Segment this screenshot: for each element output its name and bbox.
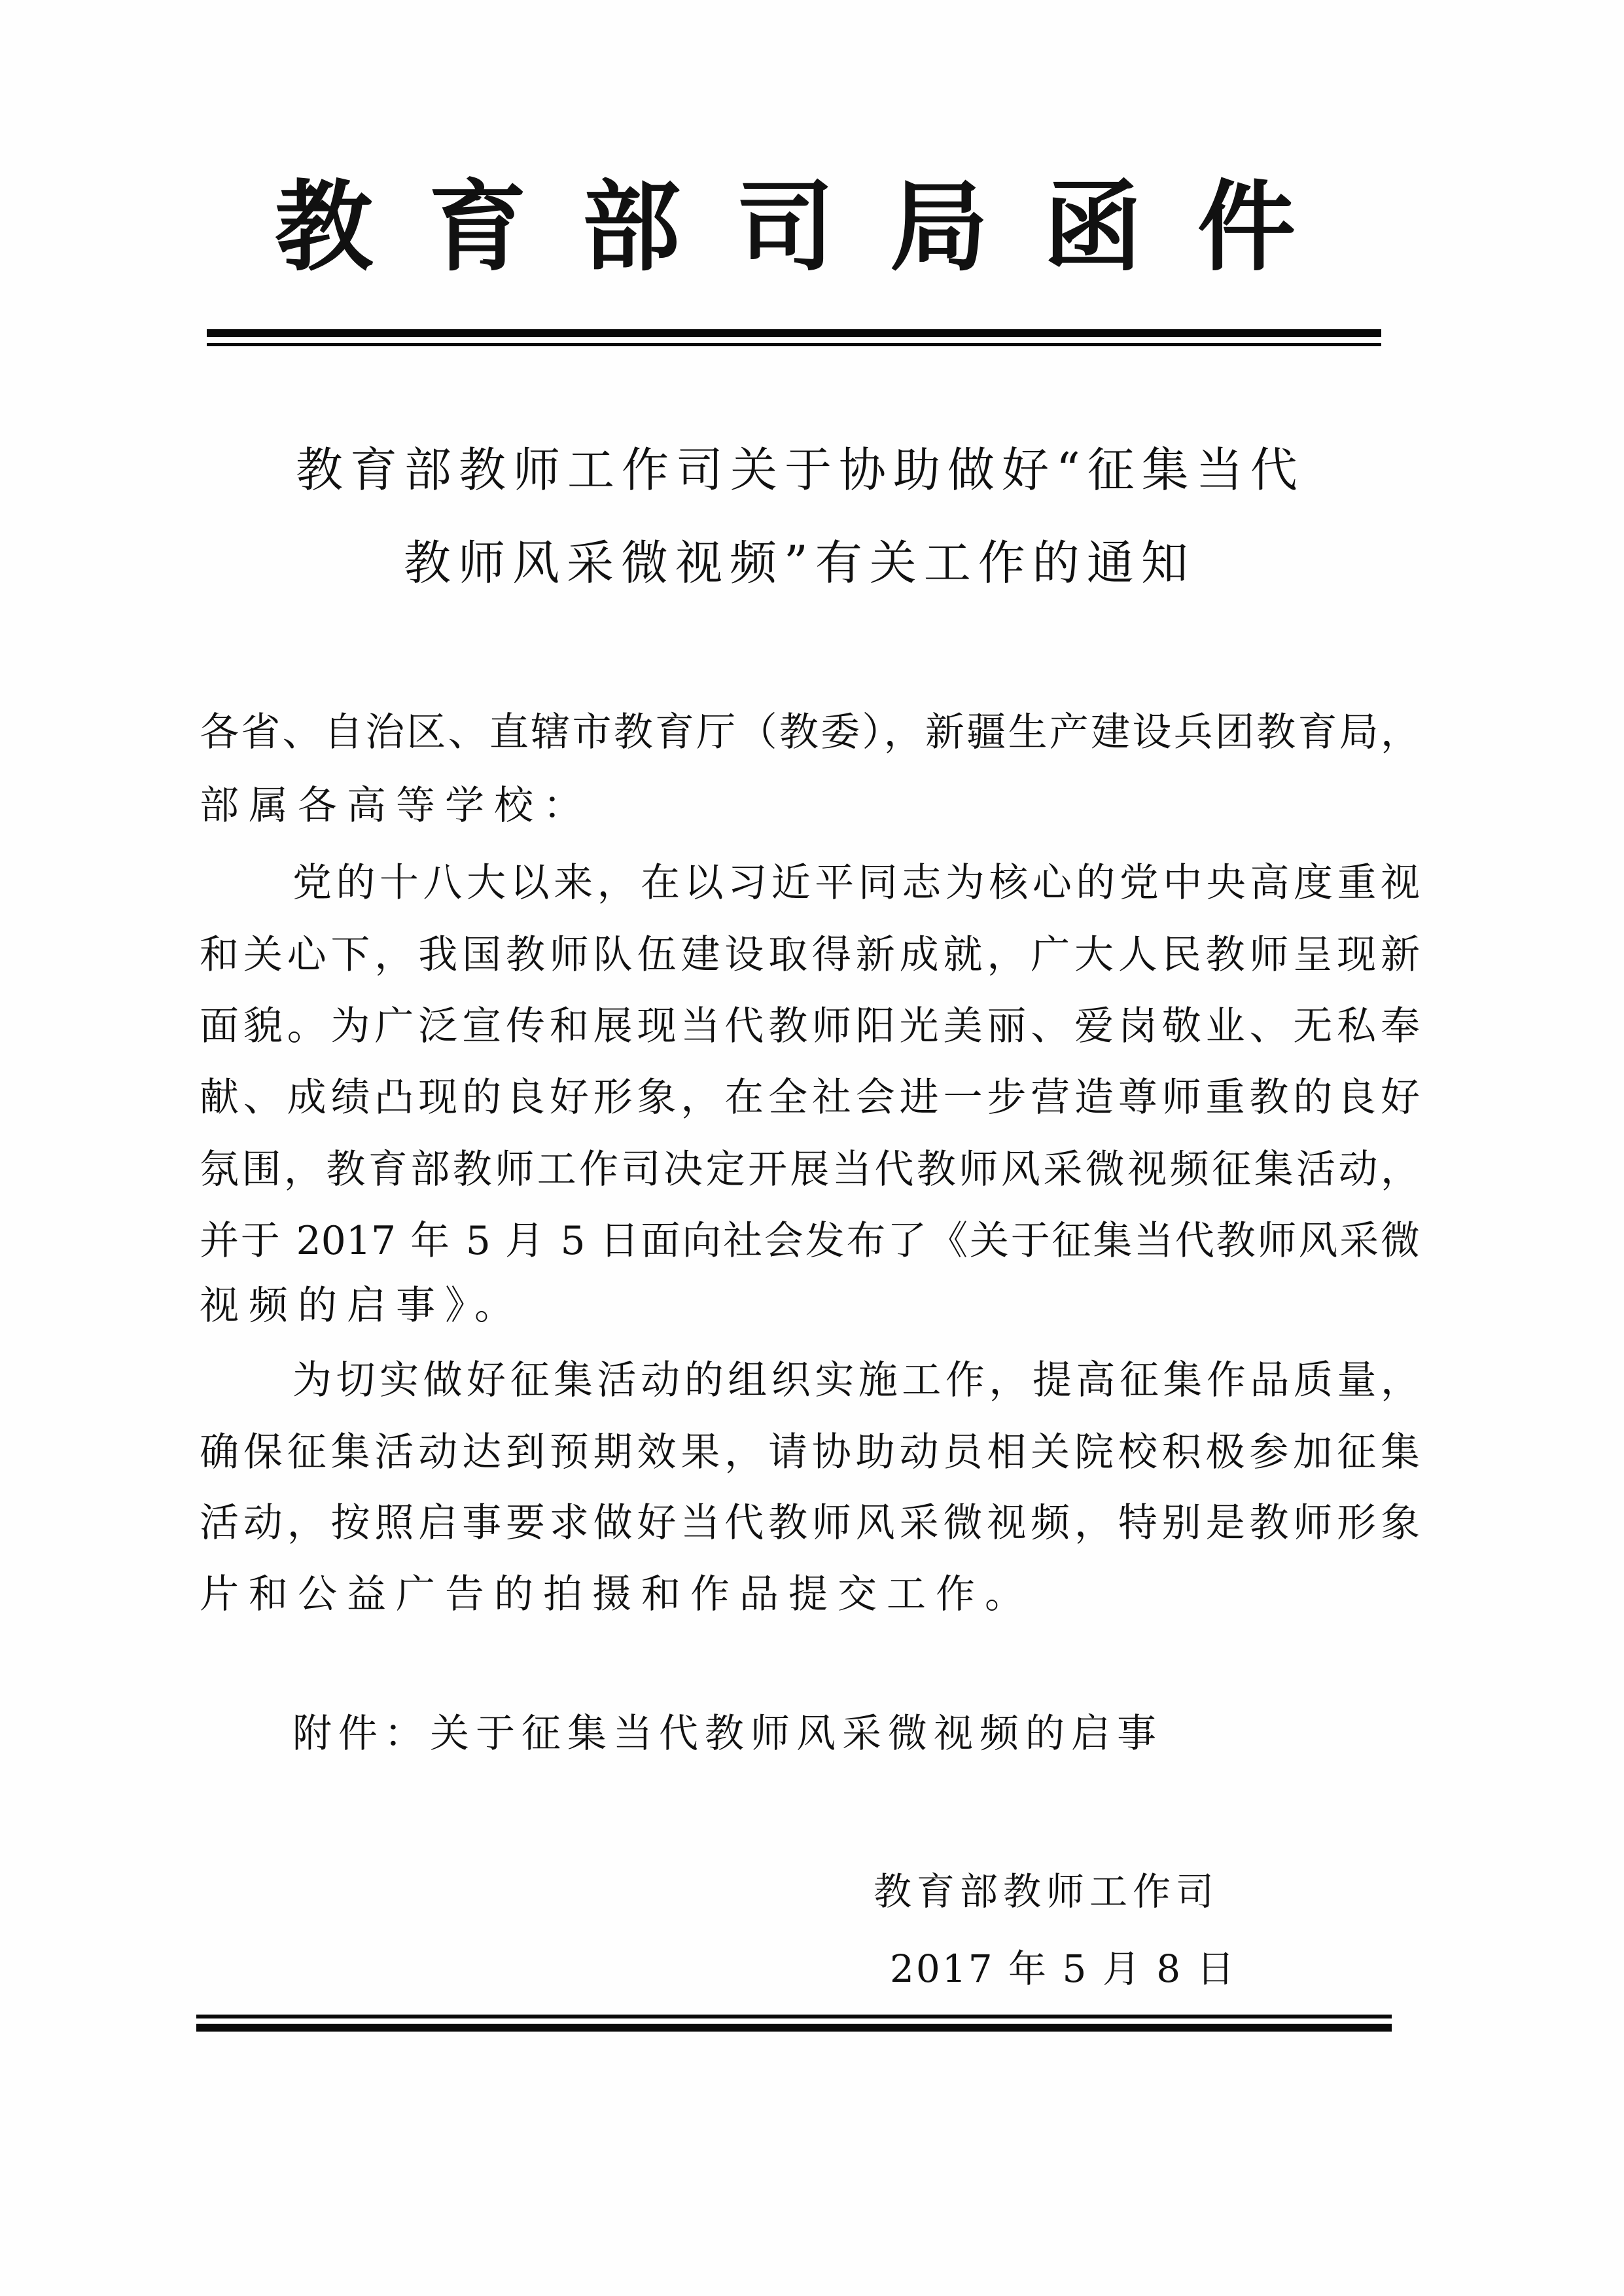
letterhead-char: 局 [890,171,988,283]
paragraph-1-line-5: 氛围，教育部教师工作司决定开展当代教师风采微视频征集活动， [200,1147,1420,1193]
issue-date: 2017 年 5 月 8 日 [890,1946,1237,1992]
paragraph-1-line-4: 献、成绩凸现的良好形象，在全社会进一步营造尊师重教的良好 [200,1075,1420,1121]
footer-thin-rule [196,2015,1392,2018]
paragraph-1-line-6: 并于 2017 年 5 月 5 日面向社会发布了《关于征集当代教师风采微 [200,1218,1420,1264]
paragraph-1-line-1: 党的十八大以来，在以习近平同志为核心的党中央高度重视 [292,860,1420,906]
paragraph-2-line-4: 片和公益广告的拍摄和作品提交工作。 [200,1571,1420,1617]
letterhead-char: 育 [429,171,527,283]
letterhead-thick-rule [207,329,1381,337]
letterhead-char: 教 [275,171,373,283]
letterhead-char: 部 [582,171,680,283]
letterhead-char: 函 [1044,171,1142,283]
footer-thick-rule [196,2024,1392,2032]
document-title-line-2: 教师风采微视频”有关工作的通知 [404,535,1195,590]
paragraph-1-line-2: 和关心下，我国教师队伍建设取得新成就，广大人民教师呈现新 [200,932,1420,978]
letterhead-title: 教 育 部 司 局 函 件 [275,171,1296,283]
paragraph-1-line-3: 面貌。为广泛宣传和展现当代教师阳光美丽、爱岗敬业、无私奉 [200,1003,1420,1049]
document-title-line-1: 教育部教师工作司关于协助做好“征集当代 [296,442,1305,497]
paragraph-2-line-3: 活动，按照启事要求做好当代教师风采微视频，特别是教师形象 [200,1500,1420,1546]
document-page: 教 育 部 司 局 函 件 教育部教师工作司关于协助做好“征集当代 教师风采微视… [0,0,1624,2296]
issuer-signature: 教育部教师工作司 [874,1869,1219,1914]
attachment-note: 附件：关于征集当代教师风采微视频的启事 [292,1711,1420,1757]
letterhead-char: 司 [736,171,834,283]
salutation-line-2: 部属各高等学校： [200,783,1420,829]
paragraph-2-line-1: 为切实做好征集活动的组织实施工作，提高征集作品质量， [292,1357,1420,1403]
letterhead-char: 件 [1197,171,1296,283]
letterhead-thin-rule [207,343,1381,346]
paragraph-2-line-2: 确保征集活动达到预期效果，请协助动员相关院校积极参加征集 [200,1429,1420,1475]
paragraph-1-line-7: 视频的启事》。 [200,1283,1420,1329]
salutation-line-1: 各省、自治区、直辖市教育厅（教委），新疆生产建设兵团教育局， [200,709,1420,755]
